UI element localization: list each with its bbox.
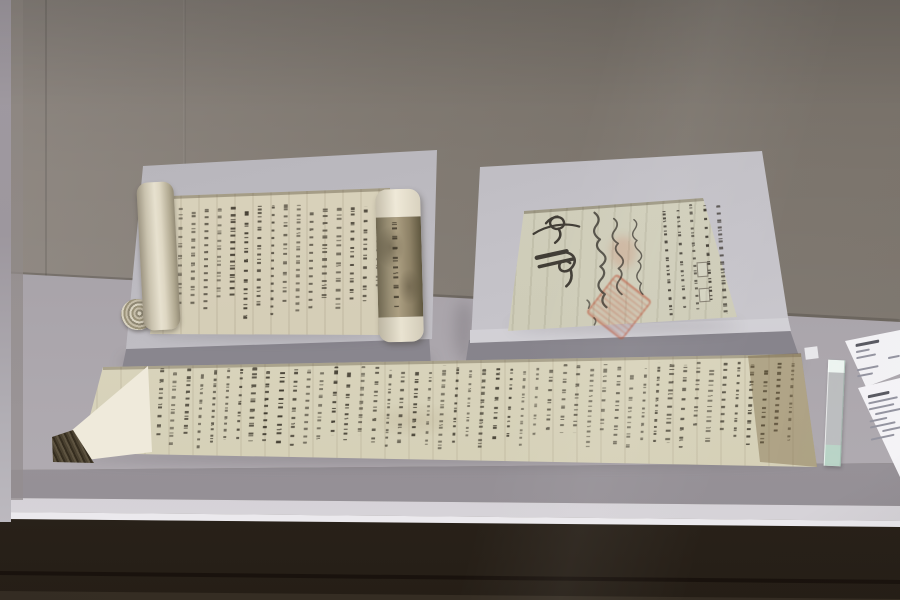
case-frame-edge (0, 0, 11, 522)
manuscript-column (209, 367, 217, 443)
case-frame-inner (11, 0, 23, 500)
caption-text-line (856, 348, 870, 353)
manuscript-column (276, 369, 285, 446)
manuscript-column (545, 368, 553, 436)
manuscript-column (196, 371, 204, 450)
manuscript-column (343, 370, 351, 440)
manuscript-column (411, 370, 419, 439)
manuscript-column (451, 367, 459, 446)
manuscript-column (733, 361, 741, 441)
manuscript-column (720, 362, 728, 434)
caption-text-line (856, 353, 876, 359)
manuscript-column (626, 368, 635, 448)
manuscript-column (330, 366, 338, 435)
manuscript-column (424, 370, 432, 446)
caption-text-line (856, 339, 880, 347)
manuscript-column (169, 372, 178, 450)
manuscript-column (559, 364, 567, 433)
caption-card-2-text (868, 386, 900, 442)
manuscript-column (290, 366, 298, 445)
caption-text-line (857, 372, 873, 377)
caption-text-line (875, 407, 900, 415)
manuscript-column (223, 368, 231, 439)
manuscript-column (357, 366, 366, 435)
manuscript-column (262, 371, 270, 441)
manuscript-column (397, 370, 405, 444)
manuscript-column (532, 367, 540, 441)
manuscript-column (384, 370, 392, 447)
manuscript-column (518, 369, 526, 449)
manuscript-column (640, 368, 648, 440)
manuscript-column (586, 365, 595, 447)
manuscript-column (665, 364, 674, 443)
caption-text-line (882, 426, 900, 433)
manuscript-column (506, 369, 514, 441)
manuscript-column (477, 369, 487, 452)
manuscript-column (705, 367, 714, 442)
manuscript-column (693, 362, 701, 431)
manuscript-column (437, 365, 447, 449)
display-case-photo (0, 0, 900, 600)
caption-text-line (868, 391, 890, 399)
manuscript-column (492, 368, 501, 446)
manuscript-column (183, 368, 192, 437)
manuscript-column (465, 368, 473, 439)
paper-tab (804, 346, 818, 359)
caption-text-line (857, 365, 879, 371)
long-scroll-text-columns (155, 361, 796, 456)
manuscript-column (573, 365, 581, 433)
manuscript-column (303, 370, 311, 444)
caption-text-line (870, 417, 888, 423)
calligraphy-strokes (0, 0, 900, 600)
manuscript-column (370, 366, 379, 446)
manuscript-column (612, 367, 621, 447)
manuscript-column (316, 368, 324, 439)
manuscript-column (600, 364, 608, 433)
caption-text-line (888, 355, 900, 359)
manuscript-column (653, 362, 661, 442)
manuscript-column (236, 368, 244, 440)
manuscript-column (248, 368, 256, 442)
manuscript-column (679, 365, 687, 448)
